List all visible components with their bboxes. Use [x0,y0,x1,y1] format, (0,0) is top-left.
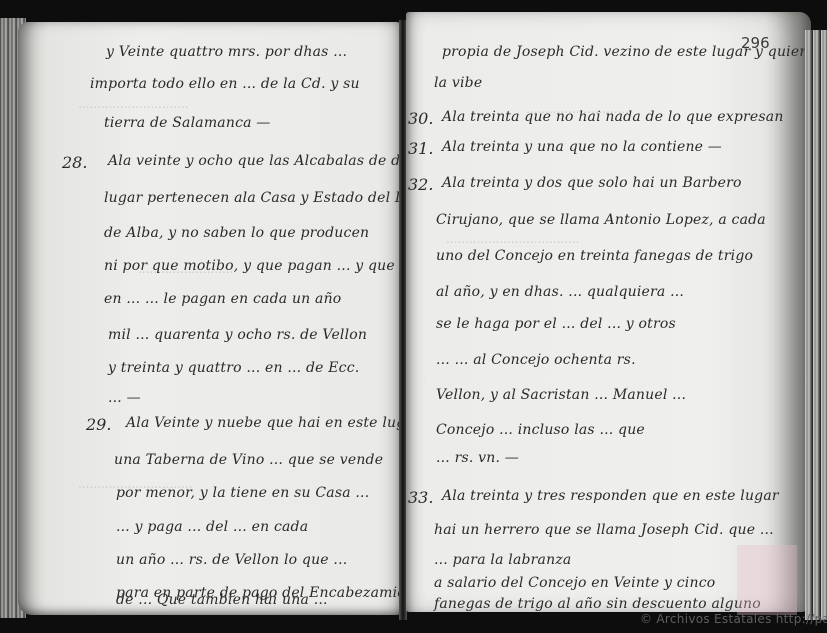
manuscript-line: Ala treinta y una que no la contiene — [442,139,722,155]
manuscript-line: al año, y en dhas. ... qualquiera ... [436,284,684,300]
manuscript-line: y treinta y quattro ... en ... de Ecc. [108,360,359,376]
archive-stamp [737,545,797,615]
manuscript-line: ... para la labranza [434,552,571,568]
manuscript-line: Ala Veinte y nuebe que hai en este lugar [126,415,400,431]
manuscript-line: ni por que motibo, y que pagan ... y que [104,258,395,274]
manuscript-line: a salario del Concejo en Veinte y cinco [434,575,715,591]
manuscript-line: propia de Joseph Cid. vezino de este lug… [442,44,809,60]
item-number: 33. [408,488,433,507]
manuscript-line: Concejo ... incluso las ... que [436,422,645,438]
manuscript-line: un año ... rs. de Vellon lo que ... [116,552,347,568]
right-page: 296 ........................... ........… [406,12,811,612]
manuscript-line: ... rs. vn. — [436,450,519,466]
item-number: 31. [408,139,433,158]
left-page: ............................. ..........… [18,22,400,615]
manuscript-line: de ... Que tambien hai una ... [116,592,328,608]
manuscript-line: ... — [108,390,141,406]
manuscript-line: Ala treinta y tres responden que en este… [442,488,779,504]
manuscript-line: tierra de Salamanca — [104,115,271,131]
manuscript-line: uno del Concejo en treinta fanegas de tr… [436,248,753,264]
manuscript-line: y Veinte quattro mrs. por dhas ... [106,44,347,60]
manuscript-spread: ............................. ..........… [0,0,827,633]
item-number: 28. [62,153,87,172]
manuscript-line: ... ... al Concejo ochenta rs. [436,352,636,368]
manuscript-line: Cirujano, que se llama Antonio Lopez, a … [436,212,766,228]
manuscript-line: Vellon, y al Sacristan ... Manuel ... [436,387,686,403]
manuscript-line: en ... ... le pagan en cada un año [104,291,341,307]
manuscript-line: fanegas de trigo al año sin descuento al… [434,596,761,612]
manuscript-line: importa todo ello en ... de la Cd. y su [90,76,360,92]
manuscript-line: lugar pertenecen ala Casa y Estado del D… [104,190,400,206]
manuscript-line: Ala veinte y ocho que las Alcabalas de d… [108,153,400,169]
manuscript-line: Ala treinta que no hai nada de lo que ex… [442,109,784,125]
copyright-watermark: © Archivos Estatales http://pares.cultur… [640,612,827,626]
item-number: 29. [86,415,111,434]
bleed-through-text: ................................... [446,232,580,246]
manuscript-line: de Alba, y no saben lo que producen [104,225,369,241]
manuscript-line: una Taberna de Vino ... que se vende [114,452,383,468]
manuscript-line: hai un herrero que se llama Joseph Cid. … [434,522,774,538]
page-edges-right [805,30,827,620]
manuscript-line: se le haga por el ... del ... y otros [436,316,676,332]
manuscript-line: la vibe [434,75,482,91]
manuscript-line: Ala treinta y dos que solo hai un Barber… [442,175,742,191]
item-number: 32. [408,175,433,194]
manuscript-line: mil ... quarenta y ocho rs. de Vellon [108,327,367,343]
manuscript-line: por menor, y la tiene en su Casa ... [116,485,369,501]
bleed-through-text: ............................. [78,97,189,111]
manuscript-line: ... y paga ... del ... en cada [116,519,308,535]
item-number: 30. [408,109,433,128]
